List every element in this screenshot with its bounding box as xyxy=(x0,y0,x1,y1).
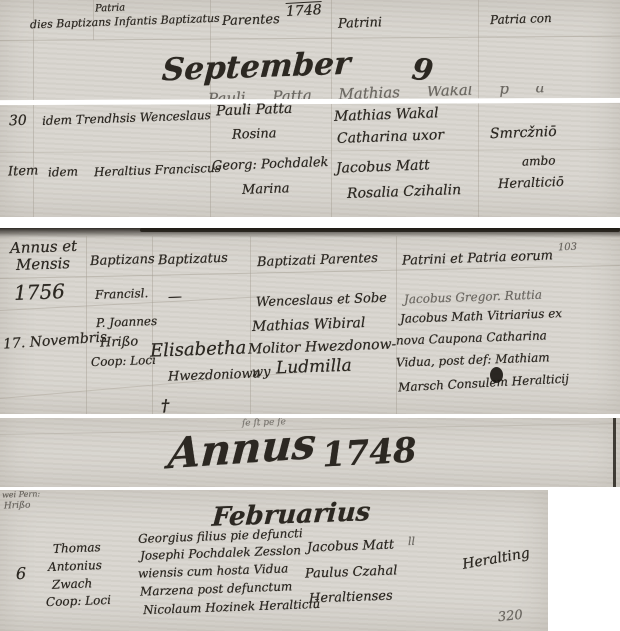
header-baptizans: Baptizans xyxy=(90,253,155,268)
year-heading-annus: Annus xyxy=(167,423,317,476)
baptizans-line: Coop: Loci xyxy=(46,594,111,608)
header-year-1748: 1748 xyxy=(286,1,322,19)
column-rule xyxy=(33,0,34,217)
header-parentes: Parentes xyxy=(222,13,280,28)
entry-line: Marzena post defunctum xyxy=(140,580,293,597)
header-baptizatus: Baptizatus xyxy=(158,252,228,267)
entry-godparent-1: Jacobus Matt xyxy=(336,158,430,175)
register-scan-strip-annus-1748: ſe ſt pe ſe Annus 1748 xyxy=(0,418,620,487)
scanned-parish-register-collage: { "colors": { "paper": "#d8d5cf", "ink":… xyxy=(0,0,620,631)
header-mensis: Mensis xyxy=(16,256,71,273)
column-rule xyxy=(396,236,397,414)
entry-patrini-line4: Marsch Consulem Heralticij xyxy=(398,373,569,394)
entry-parent-father: Georg: Pochdalek xyxy=(212,156,329,173)
column-rule xyxy=(331,0,332,217)
margin-note-line2: Hrißo xyxy=(4,502,31,512)
margin-note-line1: wei Pern: xyxy=(2,490,40,499)
entry-parentes-line3a: wy xyxy=(252,366,271,380)
header-dies-baptizans: dies Baptizans Infantis Baptizatus xyxy=(30,13,220,31)
entry-baptizatus-name: Elisabetha xyxy=(150,339,247,360)
ink-blot xyxy=(490,367,503,383)
page-number-103: 103 xyxy=(558,243,577,254)
register-scan-strip-september-1748: Patria dies Baptizans Infantis Baptizatu… xyxy=(0,0,620,217)
entry-line: Georgius filius pie defuncti xyxy=(138,527,303,545)
entry-godparent-2: Rosalia Czihalin xyxy=(347,183,462,201)
entry-patrini-line2: nova Caupona Catharina xyxy=(396,329,547,346)
entry-parentes-line3b: Ludmilla xyxy=(276,358,352,378)
header-patria-con: Patria con xyxy=(490,12,552,26)
row-rule xyxy=(0,149,620,153)
entry-godparent-2: Catharina uxor xyxy=(337,128,445,146)
entry-godparent-1: Mathias Wakal xyxy=(334,106,439,124)
entry-baptizans-abbrev: Francisl. xyxy=(95,287,149,301)
entry-patria-ambo: ambo xyxy=(522,154,556,167)
patrini-line: Heraltienses xyxy=(309,590,393,606)
patrini-line: Paulus Czahal xyxy=(305,564,398,580)
entry-year-1756: 1756 xyxy=(14,281,66,303)
entry-baptizans-line1: P. Joannes xyxy=(96,315,158,329)
entry-line: wiensis cum hosta Vidua xyxy=(138,562,289,579)
entry-baptizans-line2: Hrißo xyxy=(100,335,139,349)
stray-mark: ll xyxy=(408,536,415,547)
entry-child: Heraltius Franciscus xyxy=(94,162,221,178)
entry-parentes-partial: Wenceslaus et Sobe xyxy=(256,292,387,310)
patria-place: Heralting xyxy=(461,546,530,572)
entry-day: 30 xyxy=(9,114,27,129)
month-heading-flourish: 9 xyxy=(410,55,435,88)
entry-item: Item xyxy=(8,164,39,178)
register-scan-strip-februarius: wei Pern: Hrißo Februarius 6 Thomas Anto… xyxy=(0,490,548,631)
entry-line: Josephi Pochdalek Zesslon xyxy=(140,544,301,562)
register-scan-strip-november-1756: Annus et Mensis Baptizans Baptizatus Bap… xyxy=(0,228,620,414)
header-patria-superscript: Patria xyxy=(95,3,126,14)
baptizans-line: Thomas xyxy=(53,541,101,555)
entry-baptizatus-dash: — xyxy=(168,290,182,304)
scan-seam xyxy=(0,98,620,105)
cut-off-text-line: Pauli Patta Mathias Wakal p a xyxy=(28,86,588,99)
entry-patria: Smrcžniō xyxy=(490,125,557,141)
entry-patria-place: Heralticiō xyxy=(498,176,564,191)
entry-idem: idem xyxy=(48,165,78,178)
patrini-line: Jacobus Matt xyxy=(307,538,394,554)
column-rule xyxy=(478,0,479,217)
year-heading-1748: 1748 xyxy=(321,434,417,473)
entry-parent-father: Pauli Patta xyxy=(216,102,293,119)
entry-parent-mother: Rosina xyxy=(232,127,277,142)
entry-parentes-line1: Mathias Wibiral xyxy=(252,316,366,334)
entry-patrini-partial: Jacobus Gregor. Ruttia xyxy=(404,289,542,306)
column-rule xyxy=(250,236,251,414)
page-number-320: 320 xyxy=(497,609,523,625)
header-patrini: Patrini xyxy=(338,16,382,31)
entry-date: 17. Novembris xyxy=(3,330,108,351)
entry-baptizatus-surname: Hwezdoniowa xyxy=(168,367,261,383)
entry-baptizans-line3: Coop: Loci xyxy=(91,354,156,368)
entry-child: idem Trendhsis Wenceslaus xyxy=(42,109,211,127)
baptizans-line: Antonius xyxy=(48,559,102,573)
cross-mark: † xyxy=(161,398,170,414)
gutter-shadow-dark xyxy=(140,228,620,232)
entry-parent-mother: Marina xyxy=(242,182,290,197)
entry-patrini-line3: Vidua, post def: Mathiam xyxy=(396,351,550,368)
column-rule xyxy=(86,236,87,414)
header-patrini-patria: Patrini et Patria eorum xyxy=(402,249,553,267)
header-baptizati-parentes: Baptizati Parentes xyxy=(257,252,378,269)
baptizans-line: Zwach xyxy=(52,577,93,590)
cut-off-text: Pauli Patta Mathias Wakal p a xyxy=(208,86,545,99)
entry-parentes-line2: Molitor Hwezdonow- xyxy=(248,337,397,356)
entry-line: Nicolaum Hozinek Heralticiū xyxy=(143,598,321,616)
month-heading-september: September xyxy=(161,49,351,87)
entry-patrini-line1: Jacobus Math Vitriarius ex xyxy=(400,307,562,325)
entry-number: 6 xyxy=(16,566,27,582)
page-edge-line xyxy=(613,418,616,487)
